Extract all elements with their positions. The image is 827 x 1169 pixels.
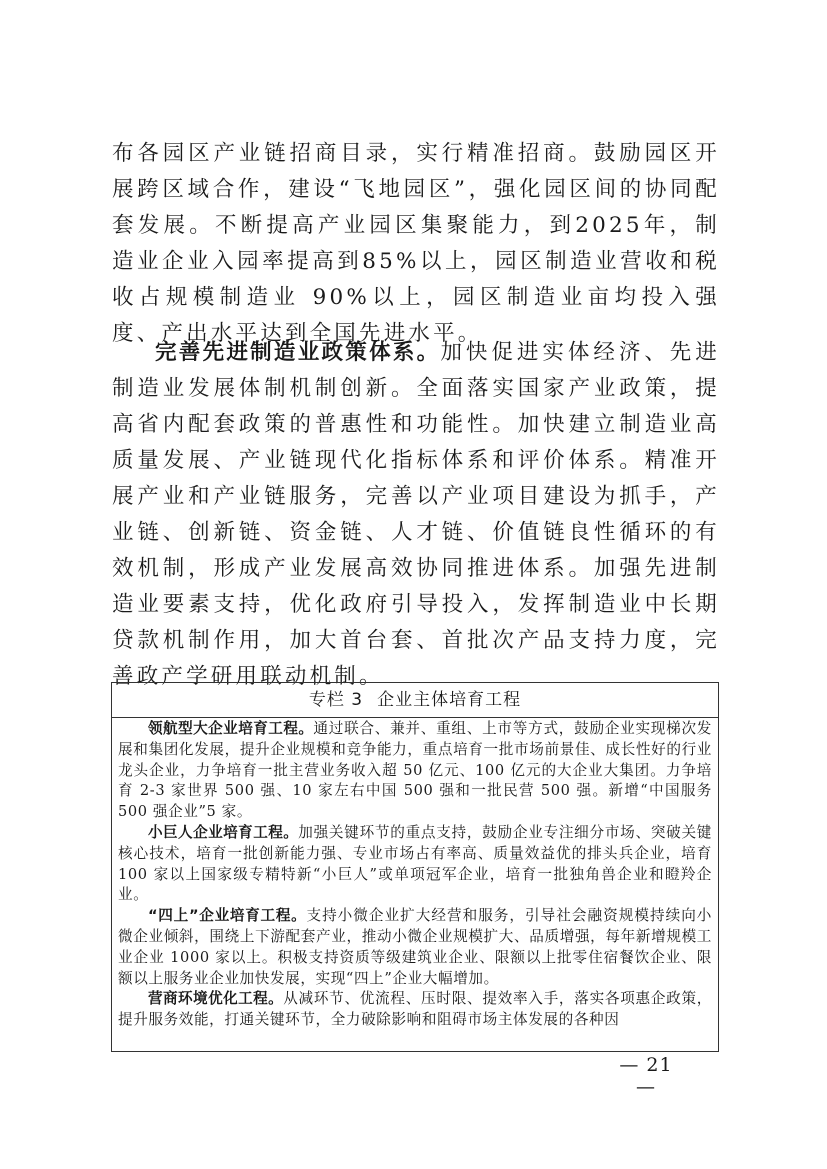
body-paragraph-1: 布各园区产业链招商目录，实行精准招商。鼓励园区开展跨区域合作，建设“飞地园区”，… xyxy=(112,136,720,352)
box-item-heading: 营商环境优化工程。 xyxy=(148,990,283,1007)
document-page: 布各园区产业链招商目录，实行精准招商。鼓励园区开展跨区域合作，建设“飞地园区”，… xyxy=(0,0,827,1169)
box-item: “四上”企业培育工程。支持小微企业扩大经营和服务，引导社会融资规模持续向小微企业… xyxy=(118,906,712,989)
box-item-heading: 领航型大企业培育工程。 xyxy=(148,720,313,737)
box-label: 专栏 3 xyxy=(309,690,363,710)
feature-box: 专栏 3企业主体培育工程 领航型大企业培育工程。通过联合、兼并、重组、上市等方式… xyxy=(111,682,719,1052)
box-title: 企业主体培育工程 xyxy=(377,690,521,710)
box-body: 领航型大企业培育工程。通过联合、兼并、重组、上市等方式，鼓励企业实现梯次发展和集… xyxy=(112,718,718,1031)
box-header: 专栏 3企业主体培育工程 xyxy=(112,683,718,718)
box-item-heading: 小巨人企业培育工程。 xyxy=(148,824,298,841)
paragraph-heading: 完善先进制造业政策体系。 xyxy=(155,340,440,365)
box-item-heading: “四上”企业培育工程。 xyxy=(148,907,306,924)
box-item: 营商环境优化工程。从减环节、优流程、压时限、提效率入手，落实各项惠企政策，提升服… xyxy=(118,989,712,1031)
body-paragraph-2: 完善先进制造业政策体系。加快促进实体经济、先进制造业发展体制机制创新。全面落实国… xyxy=(112,335,720,695)
box-item: 领航型大企业培育工程。通过联合、兼并、重组、上市等方式，鼓励企业实现梯次发展和集… xyxy=(118,719,712,823)
box-item: 小巨人企业培育工程。加强关键环节的重点支持，鼓励企业专注细分市场、突破关键核心技… xyxy=(118,823,712,906)
page-number: — 21 — xyxy=(606,1054,686,1098)
paragraph-text: 加快促进实体经济、先进制造业发展体制机制创新。全面落实国家产业政策，提高省内配套… xyxy=(112,340,720,689)
